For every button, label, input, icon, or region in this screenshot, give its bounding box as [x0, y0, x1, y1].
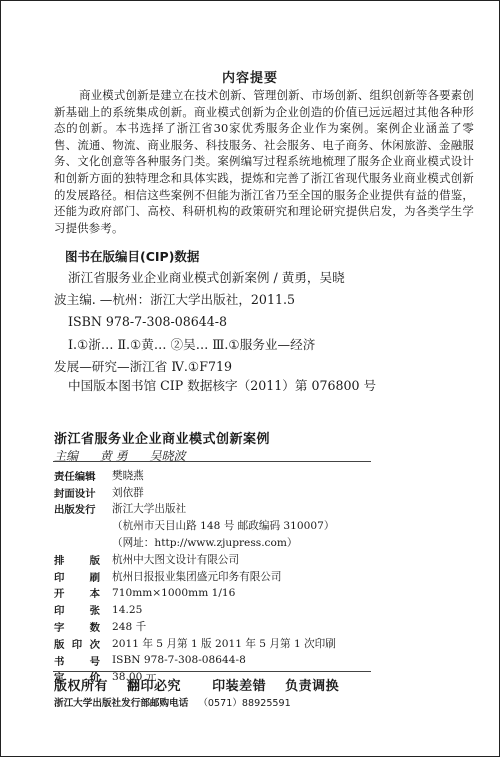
info-row: 印张14.25 [54, 601, 336, 618]
info-value: 2011 年 5 月第 1 版 2011 年 5 月第 1 次印刷 [110, 636, 336, 651]
summary-body: 商业模式创新是建立在技术创新、管理创新、市场创新、组织创新等各要素创新基础上的系… [54, 87, 474, 236]
info-value: 刘依群 [110, 485, 144, 500]
info-label-part: 开 [54, 585, 64, 600]
info-row: 版印次2011 年 5 月第 1 版 2011 年 5 月第 1 次印刷 [54, 635, 336, 652]
info-label: 开本 [54, 585, 110, 600]
info-row: （网址：http://www.zjupress.com） [54, 534, 336, 551]
info-value: 杭州中大图文设计有限公司 [110, 552, 239, 567]
info-label: 版印次 [54, 636, 110, 651]
info-label-part: 号 [90, 653, 100, 668]
info-label-part: 封面设计 [54, 485, 96, 500]
info-row: 开本710mm×1000mm 1/16 [54, 585, 336, 602]
info-row: 责任编辑樊晓燕 [54, 467, 336, 484]
info-label: 印刷 [54, 569, 110, 584]
info-row: 书号ISBN 978-7-308-08644-8 [54, 652, 336, 669]
info-row: 封面设计刘依群 [54, 484, 336, 501]
summary-title: 内容提要 [1, 67, 499, 86]
info-value: ISBN 978-7-308-08644-8 [110, 654, 246, 666]
info-label: 出版发行 [54, 501, 110, 516]
info-value: 杭州日报报业集团盛元印务有限公司 [110, 569, 282, 584]
info-value: （网址：http://www.zjupress.com） [110, 535, 298, 550]
copyright-text: 印装差错 [212, 679, 266, 694]
info-label: 责任编辑 [54, 468, 110, 483]
info-value: 14.25 [110, 604, 142, 616]
hotline-number: （0571）88925591 [198, 698, 290, 709]
info-label-part: 印 [72, 636, 82, 651]
info-label-part: 出版发行 [54, 501, 96, 516]
info-label-part: 印 [54, 569, 64, 584]
info-value: （杭州市天目山路 148 号 邮政编码 310007） [110, 518, 334, 533]
mail-order-hotline: 浙江大学出版社发行部邮购电话（0571）88925591 [54, 695, 291, 709]
cip-title: 图书在版编目(CIP)数据 [65, 247, 199, 265]
cip-line: ISBN 978-7-308-08644-8 [54, 311, 374, 333]
info-label: 书号 [54, 653, 110, 668]
info-value: 248 千 [110, 619, 146, 634]
copyright-notice: 版权所有 翻印必究 印装差错 负责调换 [54, 675, 353, 694]
info-label: 字数 [54, 619, 110, 634]
info-label: 排版 [54, 552, 110, 567]
info-value: 710mm×1000mm 1/16 [110, 587, 235, 599]
cip-record-number: 中国版本图书馆 CIP 数据核字（2011）第 076800 号 [68, 375, 376, 394]
info-label-part: 字 [54, 619, 64, 634]
publication-info: 责任编辑樊晓燕封面设计刘依群出版发行浙江大学出版社（杭州市天目山路 148 号 … [54, 467, 336, 685]
info-label-part: 本 [90, 585, 100, 600]
info-label-part: 版 [54, 636, 64, 651]
summary-paragraph: 商业模式创新是建立在技术创新、管理创新、市场创新、组织创新等各要素创新基础上的系… [54, 87, 474, 236]
cip-line: Ⅰ.①浙… Ⅱ.①黄… ②吴… Ⅲ.①服务业—经济 [54, 334, 374, 356]
divider [53, 671, 371, 672]
info-label-part: 责任编辑 [54, 468, 96, 483]
info-row: 出版发行浙江大学出版社 [54, 501, 336, 518]
info-label-part: 排 [54, 552, 64, 567]
info-value: 浙江大学出版社 [110, 501, 186, 516]
info-row: 印刷杭州日报报业集团盛元印务有限公司 [54, 568, 336, 585]
cip-line: 浙江省服务业企业商业模式创新案例 / 黄勇，吴晓 [54, 267, 374, 289]
hotline-label: 浙江大学出版社发行部邮购电话 [54, 698, 188, 709]
info-label-part: 刷 [90, 569, 100, 584]
copyright-text: 翻印必究 [127, 679, 181, 694]
cip-body: 浙江省服务业企业商业模式创新案例 / 黄勇，吴晓 波主编. —杭州：浙江大学出版… [54, 267, 374, 378]
divider [53, 461, 371, 462]
info-row: （杭州市天目山路 148 号 邮政编码 310007） [54, 517, 336, 534]
copyright-text: 版权所有 [54, 679, 108, 694]
info-label-part: 版 [90, 552, 100, 567]
copyright-text: 负责调换 [285, 679, 339, 694]
info-value: 樊晓燕 [110, 468, 144, 483]
info-label: 印张 [54, 602, 110, 617]
info-label-part: 印 [54, 602, 64, 617]
info-row: 字数248 千 [54, 618, 336, 635]
info-label-part: 张 [90, 602, 100, 617]
copyright-page: 内容提要 商业模式创新是建立在技术创新、管理创新、市场创新、组织创新等各要素创新… [0, 0, 500, 757]
info-label-part: 书 [54, 653, 64, 668]
info-row: 排版杭州中大图文设计有限公司 [54, 551, 336, 568]
info-label-part: 数 [90, 619, 100, 634]
info-label: 封面设计 [54, 485, 110, 500]
cip-line: 波主编. —杭州：浙江大学出版社，2011.5 [54, 289, 374, 311]
book-title: 浙江省服务业企业商业模式创新案例 [54, 428, 270, 447]
info-label-part: 次 [90, 636, 100, 651]
